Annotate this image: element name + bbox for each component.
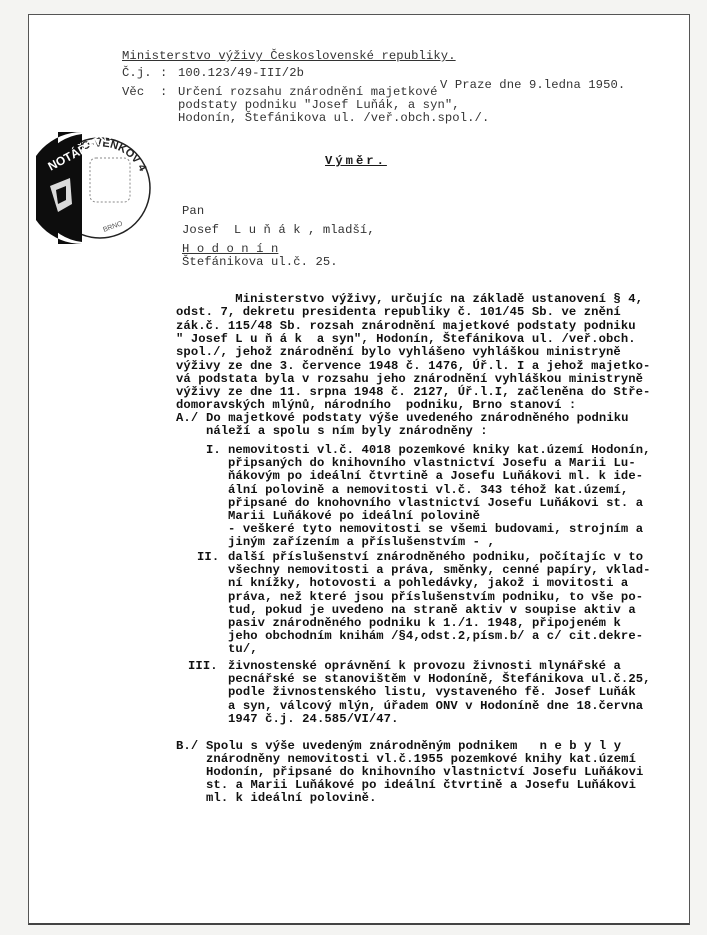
section-a-item-marker: II. (197, 551, 219, 564)
section-a-item-line: podle živnostenského listu, vystaveného … (228, 686, 636, 699)
intro-line: spol./, jehož znárodnění bylo vyhlášeno … (176, 346, 621, 359)
section-a-item-line: jeho obchodním knihám /§4,odst.2,písm.b/… (228, 630, 643, 643)
section-b-marker: B./ (176, 740, 198, 753)
section-a-item-line: 1947 č.j. 24.585/VI/47. (228, 713, 399, 726)
intro-line: Ministerstvo výživy, určujíc na základě … (176, 293, 643, 306)
section-a-line: náleží a spolu s ním byly znárodněny : (206, 425, 488, 438)
section-a-item-line: připsaných do knihovního vlastnictví Jos… (228, 457, 636, 470)
section-a-item-line: tud, pokud je uvedeno na straně aktiv v … (228, 604, 636, 617)
intro-line: vá podstata byla v rozsahu jeho znárodně… (176, 373, 643, 386)
ministry-heading: Ministerstvo výživy Československé repub… (122, 50, 456, 63)
section-a-item-line: ňákovým po ideální čtvrtině a Josefu Luň… (228, 470, 643, 483)
stamp-bottom-text: BRNO (102, 220, 124, 234)
document-title: Výměr. (325, 155, 387, 168)
addressee-name: Josef L u ň á k , mladší, (182, 224, 375, 237)
section-a-item-line: všechny nemovitosti a práva, směnky, cen… (228, 564, 651, 577)
section-a-item-line: - veškeré tyto nemovitosti se všemi budo… (228, 523, 643, 536)
section-a-item-line: tu/, (228, 643, 258, 656)
intro-line: zák.č. 115/48 Sb. rozsah znárodnění maje… (176, 320, 636, 333)
section-a-item-marker: I. (206, 444, 221, 457)
subject-separator: : (160, 86, 167, 99)
addressee-street: Štefánikova ul.č. 25. (182, 256, 338, 269)
notary-stamp-icon: NO-VENKOV 4 NOTÁŘSTVÍ BRNO (36, 128, 156, 248)
section-a-item-line: práva, než které jsou příslušenstvím pod… (228, 591, 643, 604)
section-a-item-line: ální polovině a nemovitosti vl.č. 343 té… (228, 484, 628, 497)
section-a-item-line: jiným zařízením a příslušenstvím - , (228, 536, 495, 549)
section-a-item-line: pecnářské se stanovištěm v Hodoníně, Šte… (228, 673, 651, 686)
intro-line: " Josef L u ň á k a syn", Hodonín, Štefá… (176, 333, 636, 346)
section-a-marker: A./ (176, 412, 198, 425)
reference-number: 100.123/49-III/2b (178, 67, 304, 80)
subject-label: Věc (122, 86, 144, 99)
section-a-item-line: ní knížky, hotovosti a pohledávky, jakož… (228, 577, 628, 590)
place-date: V Praze dne 9.ledna 1950. (440, 79, 625, 92)
section-a-item-line: Marii Luňákové po ideální polovině (228, 510, 480, 523)
reference-label: Č.j. (122, 67, 152, 80)
section-a-item-marker: III. (188, 660, 218, 673)
section-a-item-line: pasiv znárodněného podniku k 1./1. 1948,… (228, 617, 621, 630)
reference-separator: : (160, 67, 167, 80)
intro-line: výživy ze dne 11. srpna 1948 č. 2127, Úř… (176, 386, 650, 399)
section-a-item-line: další příslušenství znárodněného podniku… (228, 551, 643, 564)
section-a-item-line: nemovitosti vl.č. 4018 pozemkové kniky k… (228, 444, 651, 457)
addressee-salutation: Pan (182, 205, 204, 218)
section-b-line: ml. k ideální polovině. (206, 792, 377, 805)
section-a-item-line: připsané do knohovního vlastnictví Josef… (228, 497, 643, 510)
section-a-item-line: a syn, válcový mlýn, úřadem ONV v Hodoní… (228, 700, 643, 713)
intro-line: výživy ze dne 3. července 1948 č. 1476, … (176, 360, 650, 373)
intro-line: odst. 7, dekretu presidenta republiky č.… (176, 306, 621, 319)
subject-line: Hodonín, Štefánikova ul. /veř.obch.spol.… (178, 112, 489, 125)
